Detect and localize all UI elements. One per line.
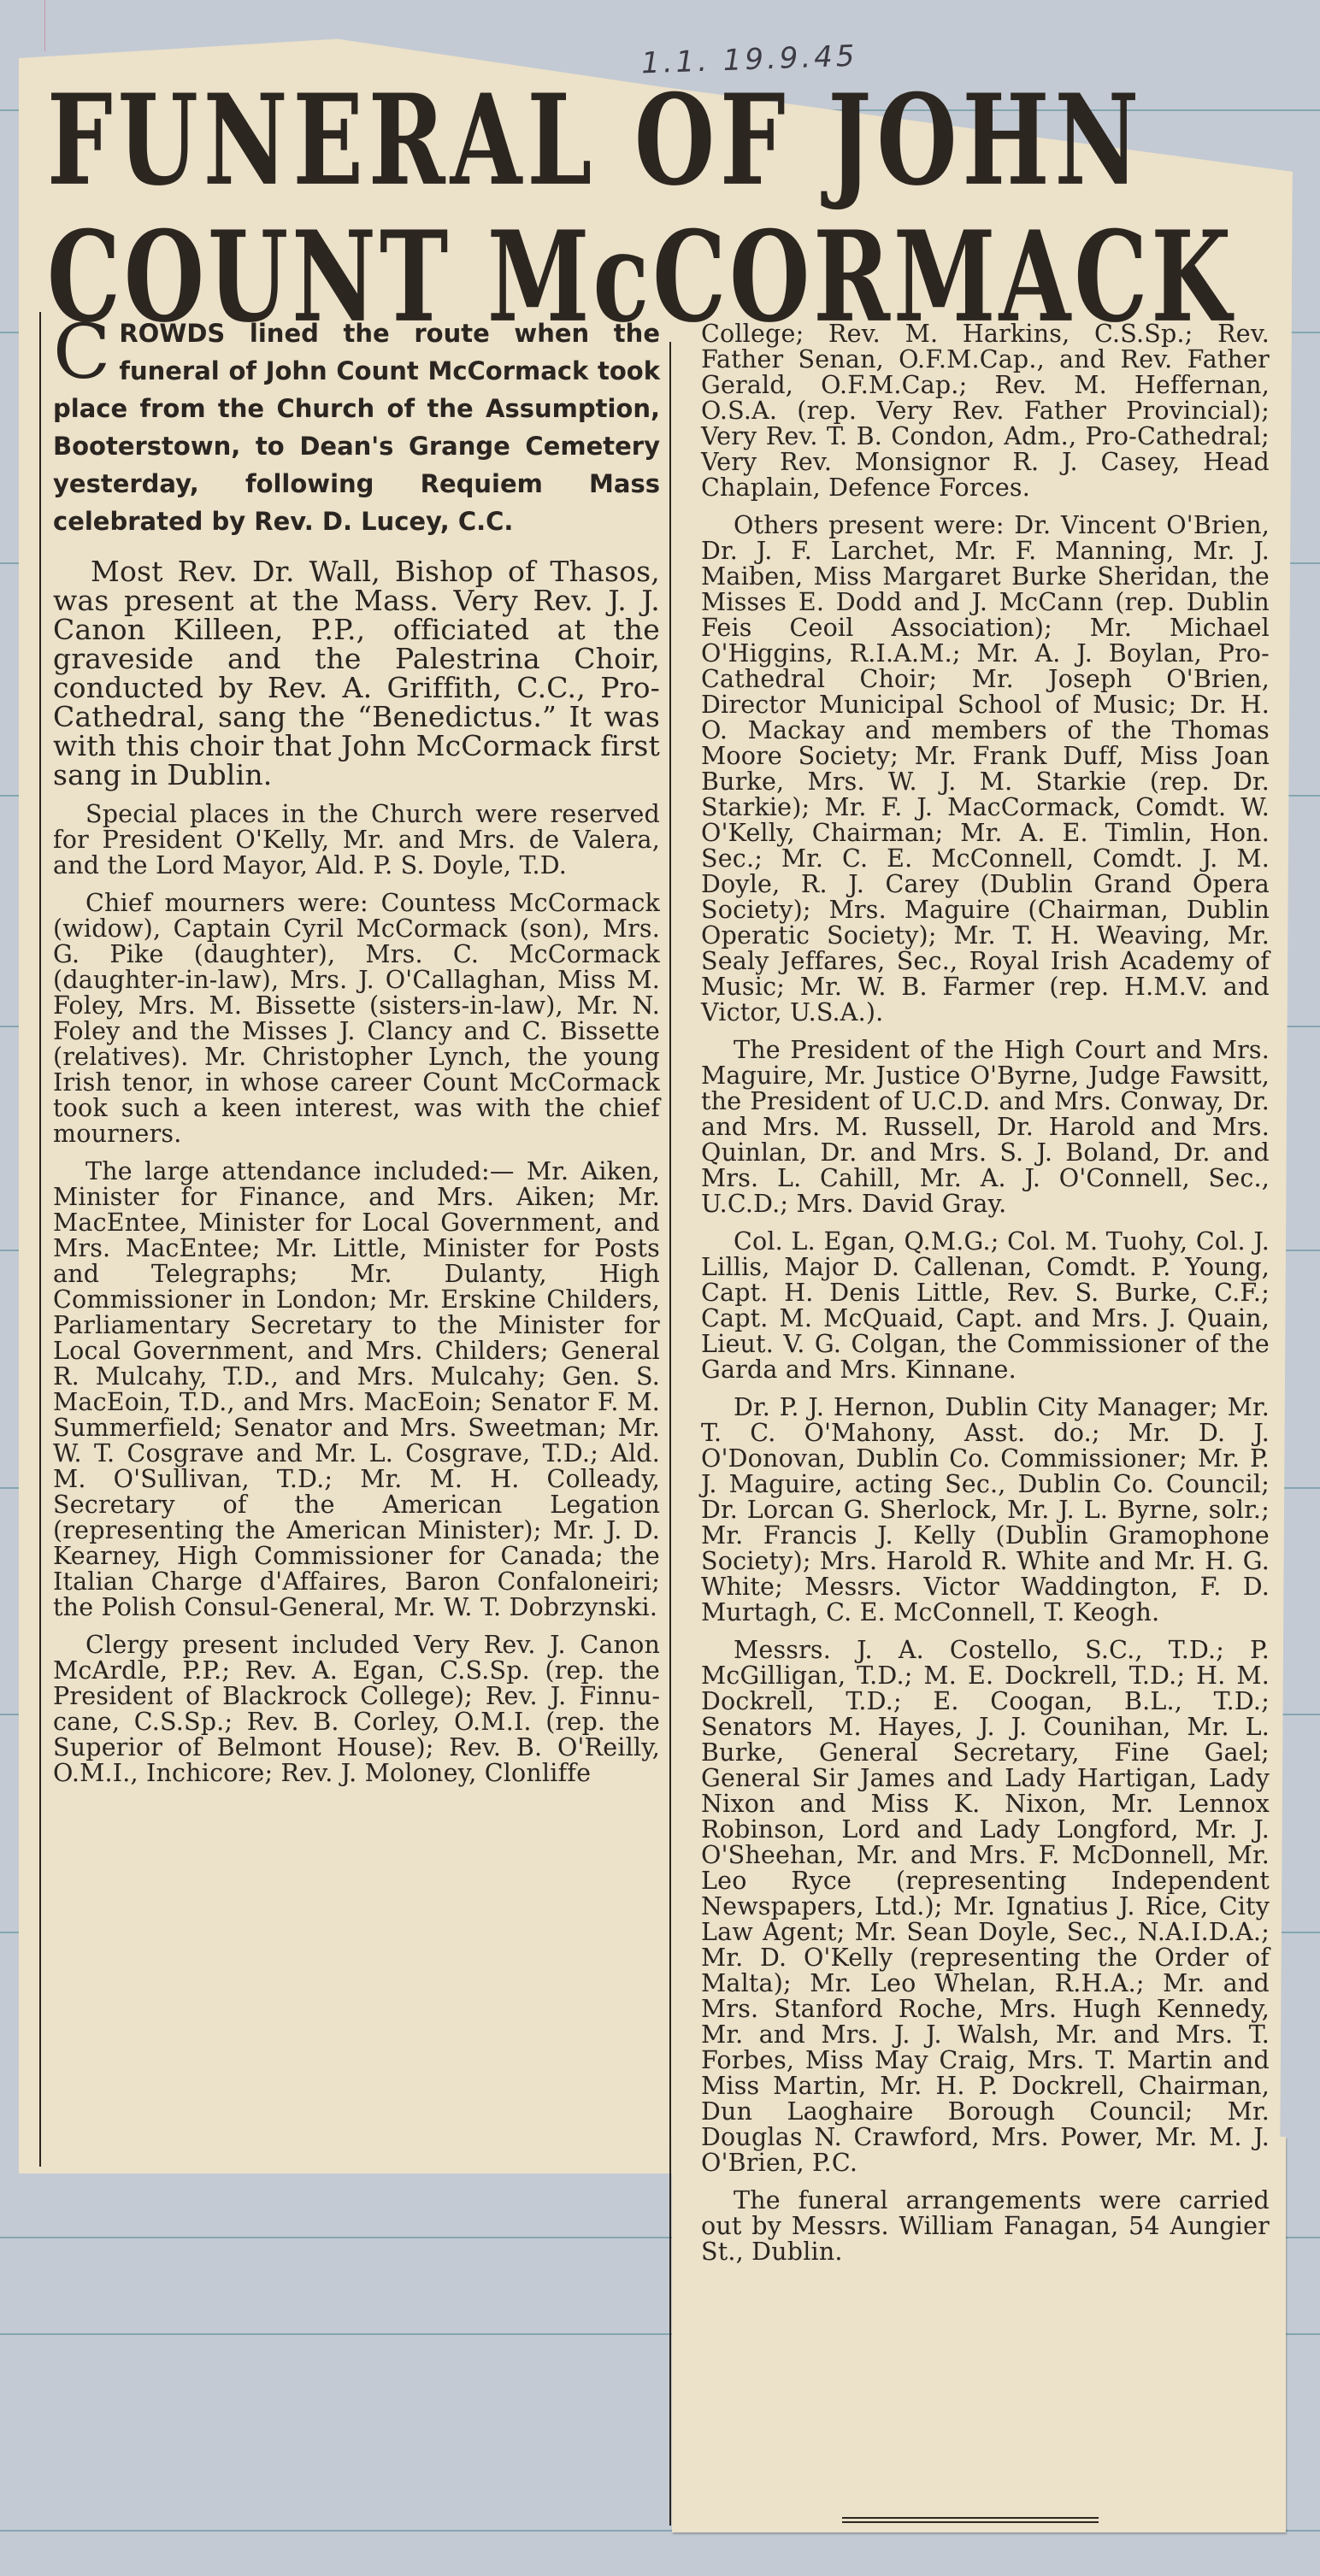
paragraph-high-court: The President of the High Court and Mrs.…	[701, 1038, 1270, 1217]
paragraph-civic: Dr. P. J. Hernon, Dublin City Manager; M…	[701, 1395, 1270, 1626]
paragraph-chief-mourners: Chief mourners were: Countess McCormack …	[53, 891, 660, 1147]
paragraph-politicians: Messrs. J. A. Costello, S.C., T.D.; P. M…	[701, 1638, 1270, 2176]
lead-paragraph: CROWDS lined the route when the funeral …	[53, 315, 660, 540]
end-rule	[842, 2517, 1099, 2523]
paragraph-military: Col. L. Egan, Q.M.G.; Col. M. Tuohy, Col…	[701, 1229, 1270, 1383]
article-column-left: CROWDS lined the route when the funeral …	[53, 315, 660, 1798]
paragraph-clergy: Clergy present included Very Rev. J. Can…	[53, 1632, 660, 1786]
headline-line-1: FUNERAL OF JOHN	[47, 79, 1261, 203]
paragraph-bishop: Most Rev. Dr. Wall, Bishop of Thasos, wa…	[53, 557, 660, 790]
paragraph-others-present: Others present were: Dr. Vincent O'Brien…	[701, 513, 1270, 1026]
lead-text: lined the route when the funeral of John…	[53, 319, 660, 536]
drop-cap: C	[53, 318, 110, 386]
lead-first-word: ROWDS	[119, 319, 225, 348]
paragraph-special-places: Special places in the Church were reserv…	[53, 802, 660, 879]
paragraph-attendance: The large attendance included:— Mr. Aike…	[53, 1159, 660, 1620]
paragraph-clergy-continued: College; Rev. M. Harkins, C.S.Sp.; Rev. …	[701, 321, 1270, 501]
column-rule-middle	[669, 342, 671, 2526]
article-column-right: College; Rev. M. Harkins, C.S.Sp.; Rev. …	[701, 321, 1270, 2277]
notebook-margin-line	[44, 0, 45, 51]
paragraph-arrangements: The funeral arrangements were carried ou…	[701, 2188, 1270, 2265]
column-rule-left	[39, 312, 41, 2167]
headline: FUNERAL OF JOHN COUNT McCORMACK	[47, 79, 1261, 308]
